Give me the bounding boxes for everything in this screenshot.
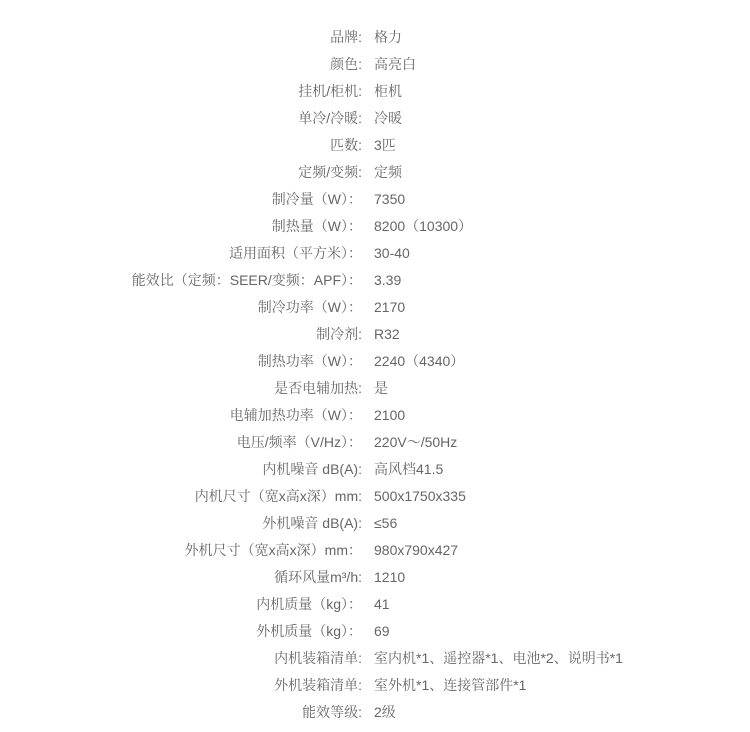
spec-label-heating-capacity: 制热量（W）： xyxy=(0,213,362,240)
spec-row-energy-efficiency-grade: 能效等级: 2级 xyxy=(0,699,750,726)
spec-value-outdoor-dimensions: 980x790x427 xyxy=(374,537,458,564)
spec-value-indoor-noise: 高风档41.5 xyxy=(374,456,443,483)
spec-value-heating-power: 2240（4340） xyxy=(374,348,464,375)
spec-value-fixed-variable-frequency: 定频 xyxy=(374,159,402,186)
spec-row-aux-heat-power: 电辅加热功率（W）： 2100 xyxy=(0,402,750,429)
spec-value-refrigerant: R32 xyxy=(374,321,400,348)
spec-label-cooling-capacity: 制冷量（W）： xyxy=(0,186,362,213)
spec-value-cool-heat-type: 冷暖 xyxy=(374,105,402,132)
spec-row-air-circulation: 循环风量m³/h: 1210 xyxy=(0,564,750,591)
spec-value-voltage-frequency: 220V～/50Hz xyxy=(374,429,457,456)
product-spec-table: 品牌: 格力 颜色: 高亮白 挂机/柜机: 柜机 单冷/冷暖: 冷暖 匹数: 3… xyxy=(0,0,750,726)
spec-row-energy-efficiency-ratio: 能效比（定频：SEER/变频：APF）： 3.39 xyxy=(0,267,750,294)
spec-label-brand: 品牌: xyxy=(0,24,362,51)
spec-value-outdoor-packing-list: 室外机*1、连接管部件*1 xyxy=(374,672,526,699)
spec-value-unit-type: 柜机 xyxy=(374,78,402,105)
spec-value-outdoor-noise: ≤56 xyxy=(374,510,397,537)
spec-row-brand: 品牌: 格力 xyxy=(0,24,750,51)
spec-label-outdoor-dimensions: 外机尺寸（宽x高x深）mm： xyxy=(0,537,362,564)
spec-label-refrigerant: 制冷剂: xyxy=(0,321,362,348)
spec-label-fixed-variable-frequency: 定频/变频: xyxy=(0,159,362,186)
spec-row-heating-power: 制热功率（W）： 2240（4340） xyxy=(0,348,750,375)
spec-value-indoor-packing-list: 室内机*1、遥控器*1、电池*2、说明书*1 xyxy=(374,645,623,672)
spec-label-indoor-packing-list: 内机装箱清单: xyxy=(0,645,362,672)
spec-row-horsepower: 匹数: 3匹 xyxy=(0,132,750,159)
spec-label-voltage-frequency: 电压/频率（V/Hz）： xyxy=(0,429,362,456)
spec-row-outdoor-packing-list: 外机装箱清单: 室外机*1、连接管部件*1 xyxy=(0,672,750,699)
spec-value-cooling-capacity: 7350 xyxy=(374,186,405,213)
spec-row-electric-aux-heat: 是否电辅加热: 是 xyxy=(0,375,750,402)
spec-row-indoor-noise: 内机噪音 dB(A): 高风档41.5 xyxy=(0,456,750,483)
spec-label-cooling-power: 制冷功率（W）： xyxy=(0,294,362,321)
spec-row-indoor-dimensions: 内机尺寸（宽x高x深）mm: 500x1750x335 xyxy=(0,483,750,510)
spec-row-outdoor-dimensions: 外机尺寸（宽x高x深）mm： 980x790x427 xyxy=(0,537,750,564)
spec-label-air-circulation: 循环风量m³/h: xyxy=(0,564,362,591)
spec-label-unit-type: 挂机/柜机: xyxy=(0,78,362,105)
spec-value-outdoor-weight: 69 xyxy=(374,618,390,645)
spec-row-fixed-variable-frequency: 定频/变频: 定频 xyxy=(0,159,750,186)
spec-label-color: 颜色: xyxy=(0,51,362,78)
spec-row-unit-type: 挂机/柜机: 柜机 xyxy=(0,78,750,105)
spec-value-indoor-dimensions: 500x1750x335 xyxy=(374,483,466,510)
spec-row-cooling-power: 制冷功率（W）： 2170 xyxy=(0,294,750,321)
spec-value-electric-aux-heat: 是 xyxy=(374,375,388,402)
spec-label-outdoor-weight: 外机质量（kg）： xyxy=(0,618,362,645)
spec-label-outdoor-packing-list: 外机装箱清单: xyxy=(0,672,362,699)
spec-value-heating-capacity: 8200（10300） xyxy=(374,213,472,240)
spec-row-outdoor-weight: 外机质量（kg）： 69 xyxy=(0,618,750,645)
spec-label-aux-heat-power: 电辅加热功率（W）： xyxy=(0,402,362,429)
spec-value-air-circulation: 1210 xyxy=(374,564,405,591)
spec-label-indoor-noise: 内机噪音 dB(A): xyxy=(0,456,362,483)
spec-value-indoor-weight: 41 xyxy=(374,591,390,618)
spec-value-energy-efficiency-grade: 2级 xyxy=(374,699,396,726)
spec-value-aux-heat-power: 2100 xyxy=(374,402,405,429)
spec-row-color: 颜色: 高亮白 xyxy=(0,51,750,78)
spec-value-applicable-area: 30-40 xyxy=(374,240,410,267)
spec-label-electric-aux-heat: 是否电辅加热: xyxy=(0,375,362,402)
spec-row-applicable-area: 适用面积（平方米）： 30-40 xyxy=(0,240,750,267)
spec-row-indoor-packing-list: 内机装箱清单: 室内机*1、遥控器*1、电池*2、说明书*1 xyxy=(0,645,750,672)
spec-label-energy-efficiency-ratio: 能效比（定频：SEER/变频：APF）： xyxy=(0,267,362,294)
spec-value-brand: 格力 xyxy=(374,24,402,51)
spec-value-energy-efficiency-ratio: 3.39 xyxy=(374,267,401,294)
spec-value-cooling-power: 2170 xyxy=(374,294,405,321)
spec-row-cooling-capacity: 制冷量（W）： 7350 xyxy=(0,186,750,213)
spec-label-energy-efficiency-grade: 能效等级: xyxy=(0,699,362,726)
spec-row-cool-heat-type: 单冷/冷暖: 冷暖 xyxy=(0,105,750,132)
spec-row-outdoor-noise: 外机噪音 dB(A): ≤56 xyxy=(0,510,750,537)
spec-row-voltage-frequency: 电压/频率（V/Hz）： 220V～/50Hz xyxy=(0,429,750,456)
spec-row-refrigerant: 制冷剂: R32 xyxy=(0,321,750,348)
spec-row-heating-capacity: 制热量（W）： 8200（10300） xyxy=(0,213,750,240)
spec-label-indoor-dimensions: 内机尺寸（宽x高x深）mm: xyxy=(0,483,362,510)
spec-label-horsepower: 匹数: xyxy=(0,132,362,159)
spec-value-horsepower: 3匹 xyxy=(374,132,396,159)
spec-value-color: 高亮白 xyxy=(374,51,416,78)
spec-label-cool-heat-type: 单冷/冷暖: xyxy=(0,105,362,132)
spec-row-indoor-weight: 内机质量（kg）： 41 xyxy=(0,591,750,618)
spec-label-indoor-weight: 内机质量（kg）： xyxy=(0,591,362,618)
spec-label-applicable-area: 适用面积（平方米）： xyxy=(0,240,362,267)
spec-label-outdoor-noise: 外机噪音 dB(A): xyxy=(0,510,362,537)
spec-label-heating-power: 制热功率（W）： xyxy=(0,348,362,375)
